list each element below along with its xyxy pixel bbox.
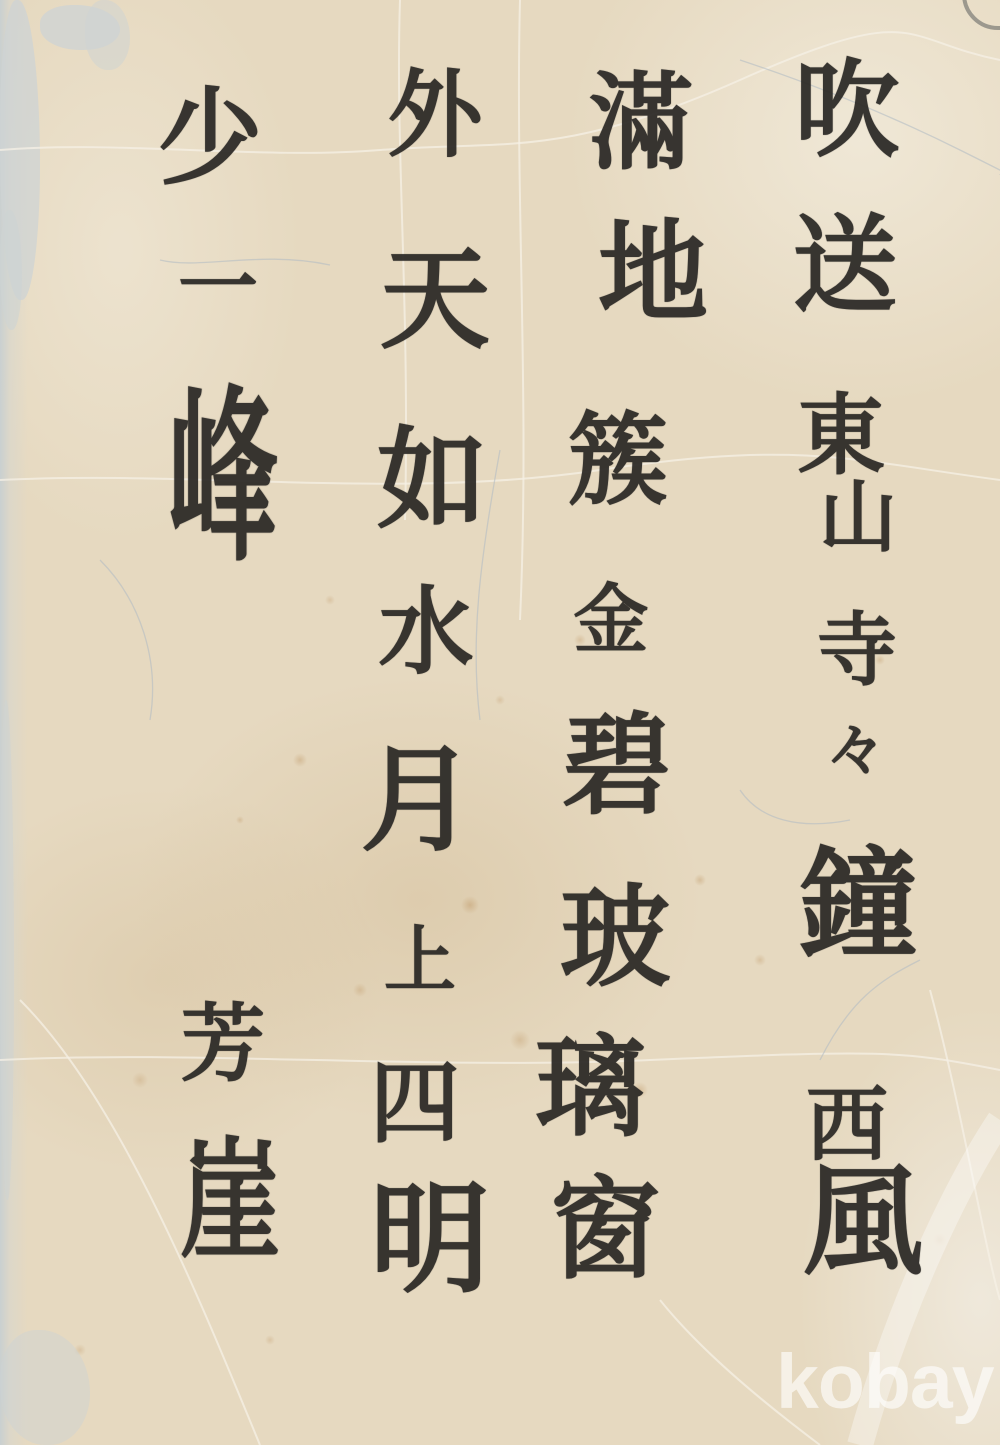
calligraphy-character: 金	[573, 583, 648, 658]
paper-damage-patch	[85, 0, 130, 70]
calligraphy-character: 天	[380, 245, 490, 355]
calligraphy-character: 寺	[817, 610, 897, 690]
calligraphy-character: 地	[598, 218, 708, 328]
signature-character: 崖	[180, 1135, 280, 1265]
calligraphy-character: 鐘	[798, 845, 918, 965]
corner-ring-object	[962, 0, 1000, 30]
calligraphy-character: 峰	[168, 385, 278, 572]
calligraphy-character: 山	[819, 479, 897, 557]
calligraphy-character: 少	[157, 86, 262, 191]
calligraphy-character: 如	[377, 425, 487, 535]
calligraphy-character: 送	[792, 213, 897, 318]
signature-character: 芳	[180, 1003, 265, 1088]
calligraphy-character: 東	[797, 391, 885, 479]
calligraphy-character: 風	[803, 1162, 923, 1282]
calligraphy-character: 滿	[588, 71, 693, 176]
calligraphy-character: 上	[384, 924, 456, 996]
calligraphy-character: 吹	[794, 58, 899, 163]
calligraphy-photograph: 吹 送 東 山 寺 々 鐘 西 風 滿 地 簇 金 碧 玻 璃 窗 外 天 如 …	[0, 0, 1000, 1445]
calligraphy-character: 四	[370, 1058, 460, 1148]
calligraphy-character: 水	[378, 585, 473, 680]
watermark-logo: kobay	[776, 1344, 994, 1421]
calligraphy-character: 璃	[535, 1033, 645, 1143]
calligraphy-character: 碧	[562, 711, 672, 821]
calligraphy-character: 外	[387, 68, 482, 163]
calligraphy-character: 明	[370, 1180, 490, 1300]
calligraphy-character: 々	[825, 719, 887, 781]
paper-damage-patch	[0, 1330, 90, 1445]
calligraphy-character: 窗	[550, 1175, 660, 1285]
calligraphy-character: 玻	[560, 883, 670, 993]
calligraphy-character: 月	[360, 743, 475, 858]
paper-damage-patch	[0, 700, 14, 1200]
calligraphy-character: 簇	[568, 410, 668, 510]
calligraphy-character: 一	[178, 247, 258, 327]
